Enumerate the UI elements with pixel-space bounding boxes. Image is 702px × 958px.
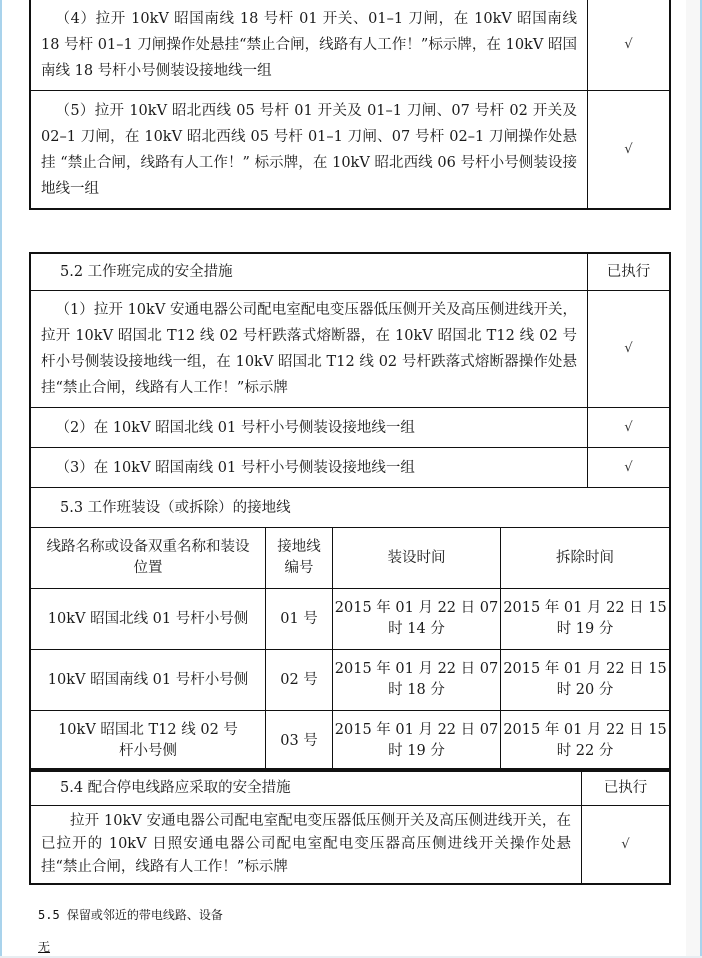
section-5-4-title: 5.4 配合停电线路应采取的安全措施: [31, 770, 582, 806]
section-5-3-title: 5.3 工作班装设（或拆除）的接地线: [31, 488, 670, 528]
ground-wire-number: 02 号: [266, 650, 333, 711]
table-row: （5）拉开 10kV 昭北西线 05 号杆 01 开关及 01–1 刀闸、07 …: [31, 91, 670, 209]
ground-wire-location: 10kV 昭国南线 01 号杆小号侧: [31, 650, 266, 711]
ground-wire-removed-time: 2015 年 01 月 22 日 15 时 22 分: [501, 711, 670, 771]
ground-wire-removed-time: 2015 年 01 月 22 日 15 时 20 分: [501, 650, 670, 711]
section-header-row: 5.4 配合停电线路应采取的安全措施 已执行: [31, 770, 670, 806]
table-row: 拉开 10kV 安通电器公司配电室配电变压器低压侧开关及高压侧进线开关，在已拉开…: [31, 806, 670, 884]
section-5-2-title: 5.2 工作班完成的安全措施: [31, 254, 588, 291]
executed-checkmark: √: [582, 806, 670, 884]
ground-wire-number: 01 号: [266, 589, 333, 650]
section-header-row: 5.2 工作班完成的安全措施 已执行: [31, 254, 670, 291]
table-row: 10kV 昭国北线 01 号杆小号侧 01 号 2015 年 01 月 22 日…: [31, 589, 670, 650]
ground-wire-installed-time: 2015 年 01 月 22 日 07 时 18 分: [333, 650, 501, 711]
executed-column-header: 已执行: [588, 254, 670, 291]
ground-wire-installed-time: 2015 年 01 月 22 日 07 时 19 分: [333, 711, 501, 771]
ground-wire-installed-time: 2015 年 01 月 22 日 07 时 14 分: [333, 589, 501, 650]
measure-text: （3）在 10kV 昭国南线 01 号杆小号侧装设接地线一组: [31, 448, 588, 488]
ground-wire-removed-time: 2015 年 01 月 22 日 15 时 19 分: [501, 589, 670, 650]
safety-measures-table: 5.2 工作班完成的安全措施 已执行 （1）拉开 10kV 安通电器公司配电室配…: [30, 253, 670, 771]
executed-checkmark: √: [588, 448, 670, 488]
table-row: 10kV 昭国南线 01 号杆小号侧 02 号 2015 年 01 月 22 日…: [31, 650, 670, 711]
table-row: （4）拉开 10kV 昭国南线 18 号杆 01 开关、01–1 刀闸，在 10…: [31, 0, 670, 91]
table-row: （2）在 10kV 昭国北线 01 号杆小号侧装设接地线一组 √: [31, 408, 670, 448]
executed-checkmark: √: [588, 0, 670, 91]
column-header-removed: 拆除时间: [501, 528, 670, 589]
executed-checkmark: √: [588, 408, 670, 448]
table-row: （3）在 10kV 昭国南线 01 号杆小号侧装设接地线一组 √: [31, 448, 670, 488]
ground-wire-number: 03 号: [266, 711, 333, 771]
section-header-row: 5.3 工作班装设（或拆除）的接地线: [31, 488, 670, 528]
executed-column-header: 已执行: [582, 770, 670, 806]
ground-wire-location: 10kV 昭国北 T12 线 02 号杆小号侧: [31, 711, 266, 771]
section-5-5-value: 无: [38, 938, 50, 955]
safety-measures-table-continued: （4）拉开 10kV 昭国南线 18 号杆 01 开关、01–1 刀闸，在 10…: [30, 0, 670, 209]
column-header-installed: 装设时间: [333, 528, 501, 589]
column-header-number: 接地线编号: [266, 528, 333, 589]
measure-text: 拉开 10kV 安通电器公司配电室配电变压器低压侧开关及高压侧进线开关，在已拉开…: [31, 806, 582, 884]
section-5-5-title: 5.5 保留或邻近的带电线路、设备: [38, 906, 223, 923]
executed-checkmark: √: [588, 291, 670, 408]
measure-text: （2）在 10kV 昭国北线 01 号杆小号侧装设接地线一组: [31, 408, 588, 448]
column-header-location: 线路名称或设备双重名称和装设位置: [31, 528, 266, 589]
measure-text: （1）拉开 10kV 安通电器公司配电室配电变压器低压侧开关及高压侧进线开关，拉…: [31, 291, 588, 408]
table-row: （1）拉开 10kV 安通电器公司配电室配电变压器低压侧开关及高压侧进线开关，拉…: [31, 291, 670, 408]
scrollbar-track[interactable]: [686, 0, 700, 958]
measure-text: （5）拉开 10kV 昭北西线 05 号杆 01 开关及 01–1 刀闸、07 …: [31, 91, 588, 209]
column-header-row: 线路名称或设备双重名称和装设位置 接地线编号 装设时间 拆除时间: [31, 528, 670, 589]
table-row: 10kV 昭国北 T12 线 02 号杆小号侧 03 号 2015 年 01 月…: [31, 711, 670, 771]
cooperating-outage-measures-table: 5.4 配合停电线路应采取的安全措施 已执行 拉开 10kV 安通电器公司配电室…: [30, 769, 670, 884]
executed-checkmark: √: [588, 91, 670, 209]
ground-wire-location: 10kV 昭国北线 01 号杆小号侧: [31, 589, 266, 650]
left-border: [0, 0, 2, 958]
measure-text: （4）拉开 10kV 昭国南线 18 号杆 01 开关、01–1 刀闸，在 10…: [31, 0, 588, 91]
